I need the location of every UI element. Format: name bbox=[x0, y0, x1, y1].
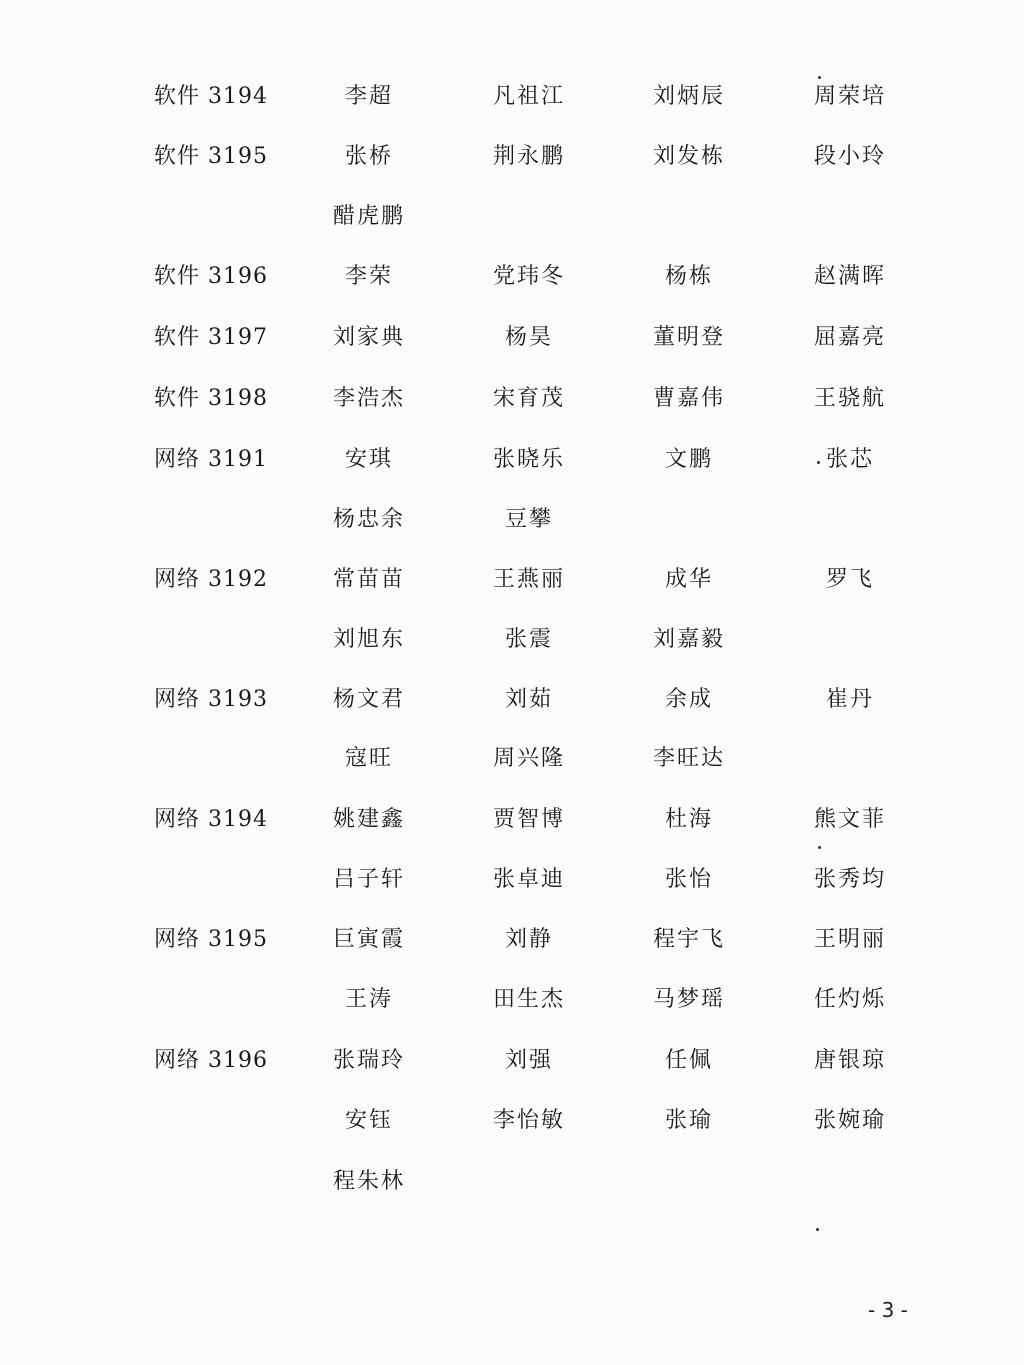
student-name: 任佩 bbox=[634, 1041, 744, 1081]
student-name: 刘强 bbox=[474, 1041, 584, 1081]
table-row: 软件 3196 李荣 党玮冬 杨栋 赵满晖 bbox=[0, 257, 1024, 297]
table-row: 网络 3194 姚建鑫 贾智博 杜海 熊文菲 bbox=[0, 800, 1024, 840]
scan-speck bbox=[818, 846, 821, 849]
student-name: 王涛 bbox=[314, 980, 424, 1020]
student-name: 杨文君 bbox=[314, 680, 424, 720]
class-label: 网络 3196 bbox=[154, 1041, 268, 1081]
class-label: 软件 3195 bbox=[154, 137, 268, 177]
table-row: 杨忠余 豆攀 bbox=[0, 500, 1024, 540]
student-name: 程宇飞 bbox=[634, 920, 744, 960]
student-name: 巨寅霞 bbox=[314, 920, 424, 960]
student-name: 杨昊 bbox=[474, 318, 584, 358]
student-name: 宋育茂 bbox=[474, 379, 584, 419]
student-name: 李浩杰 bbox=[314, 379, 424, 419]
student-name: 文鹏 bbox=[634, 440, 744, 480]
student-name: 张瑜 bbox=[634, 1101, 744, 1141]
table-row: 网络 3195 巨寅霞 刘静 程宇飞 王明丽 bbox=[0, 920, 1024, 960]
student-name: 杨忠余 bbox=[314, 500, 424, 540]
student-name: 李荣 bbox=[314, 257, 424, 297]
student-name: 李超 bbox=[314, 77, 424, 117]
class-label: 网络 3193 bbox=[154, 680, 268, 720]
student-name: 李旺达 bbox=[634, 739, 744, 779]
table-row: 网络 3191 安琪 张晓乐 文鹏 张芯 bbox=[0, 440, 1024, 480]
student-name: 马梦瑶 bbox=[634, 980, 744, 1020]
table-row: 王涛 田生杰 马梦瑶 任灼烁 bbox=[0, 980, 1024, 1020]
class-label: 网络 3192 bbox=[154, 560, 268, 600]
student-name: 张晓乐 bbox=[474, 440, 584, 480]
class-label: 网络 3195 bbox=[154, 920, 268, 960]
student-name: 任灼烁 bbox=[795, 980, 905, 1020]
class-label: 软件 3194 bbox=[154, 77, 268, 117]
student-name: 董明登 bbox=[634, 318, 744, 358]
student-name: 周荣培 bbox=[795, 77, 905, 117]
student-name: 王骁航 bbox=[795, 379, 905, 419]
student-name: 姚建鑫 bbox=[314, 800, 424, 840]
student-name: 屈嘉亮 bbox=[795, 318, 905, 358]
scan-speck bbox=[816, 1228, 819, 1231]
student-name: 吕子轩 bbox=[314, 860, 424, 900]
student-name: 刘炳辰 bbox=[634, 77, 744, 117]
student-name: 刘静 bbox=[474, 920, 584, 960]
student-name: 余成 bbox=[634, 680, 744, 720]
student-name: 成华 bbox=[634, 560, 744, 600]
table-row: 吕子轩 张卓迪 张怡 张秀均 bbox=[0, 860, 1024, 900]
student-name: 刘茹 bbox=[474, 680, 584, 720]
table-row: 软件 3194 李超 凡祖江 刘炳辰 周荣培 bbox=[0, 77, 1024, 117]
scan-speck bbox=[817, 461, 820, 464]
student-name: 曹嘉伟 bbox=[634, 379, 744, 419]
student-name: 崔丹 bbox=[795, 680, 905, 720]
student-name: 田生杰 bbox=[474, 980, 584, 1020]
student-name: 刘发栋 bbox=[634, 137, 744, 177]
student-name: 熊文菲 bbox=[795, 800, 905, 840]
student-name: 张婉瑜 bbox=[795, 1101, 905, 1141]
student-name: 李怡敏 bbox=[474, 1101, 584, 1141]
student-name: 刘旭东 bbox=[314, 620, 424, 660]
class-label: 网络 3194 bbox=[154, 800, 268, 840]
document-page: 软件 3194 李超 凡祖江 刘炳辰 周荣培 软件 3195 张桥 荆永鹏 刘发… bbox=[0, 0, 1024, 1365]
class-label: 软件 3197 bbox=[154, 318, 268, 358]
student-name: 寇旺 bbox=[314, 739, 424, 779]
student-name: 安琪 bbox=[314, 440, 424, 480]
student-name: 张怡 bbox=[634, 860, 744, 900]
student-name: 周兴隆 bbox=[474, 739, 584, 779]
table-row: 软件 3195 张桥 荆永鹏 刘发栋 段小玲 bbox=[0, 137, 1024, 177]
table-row: 程朱林 bbox=[0, 1162, 1024, 1202]
scan-speck bbox=[818, 76, 821, 79]
table-row: 醋虎鹏 bbox=[0, 197, 1024, 237]
student-name: 王明丽 bbox=[795, 920, 905, 960]
student-name: 唐银琼 bbox=[795, 1041, 905, 1081]
table-row: 软件 3197 刘家典 杨昊 董明登 屈嘉亮 bbox=[0, 318, 1024, 358]
student-name: 杨栋 bbox=[634, 257, 744, 297]
student-name: 党玮冬 bbox=[474, 257, 584, 297]
page-number: - 3 - bbox=[868, 1298, 908, 1322]
student-name: 常苗苗 bbox=[314, 560, 424, 600]
student-name: 刘家典 bbox=[314, 318, 424, 358]
student-name: 张秀均 bbox=[795, 860, 905, 900]
student-name: 醋虎鹏 bbox=[314, 197, 424, 237]
table-row: 网络 3196 张瑞玲 刘强 任佩 唐银琼 bbox=[0, 1041, 1024, 1081]
student-name: 刘嘉毅 bbox=[634, 620, 744, 660]
student-name: 安钰 bbox=[314, 1101, 424, 1141]
student-name: 程朱林 bbox=[314, 1162, 424, 1202]
student-name: 豆攀 bbox=[474, 500, 584, 540]
table-row: 刘旭东 张震 刘嘉毅 bbox=[0, 620, 1024, 660]
student-name: 荆永鹏 bbox=[474, 137, 584, 177]
class-label: 网络 3191 bbox=[154, 440, 268, 480]
table-row: 安钰 李怡敏 张瑜 张婉瑜 bbox=[0, 1101, 1024, 1141]
class-label: 软件 3198 bbox=[154, 379, 268, 419]
table-row: 软件 3198 李浩杰 宋育茂 曹嘉伟 王骁航 bbox=[0, 379, 1024, 419]
table-row: 网络 3192 常苗苗 王燕丽 成华 罗飞 bbox=[0, 560, 1024, 600]
student-name: 凡祖江 bbox=[474, 77, 584, 117]
student-name: 杜海 bbox=[634, 800, 744, 840]
student-name: 张瑞玲 bbox=[314, 1041, 424, 1081]
student-name: 张桥 bbox=[314, 137, 424, 177]
student-name: 张芯 bbox=[795, 440, 905, 480]
table-row: 寇旺 周兴隆 李旺达 bbox=[0, 739, 1024, 779]
student-name: 段小玲 bbox=[795, 137, 905, 177]
student-name: 王燕丽 bbox=[474, 560, 584, 600]
student-name: 赵满晖 bbox=[795, 257, 905, 297]
student-name: 罗飞 bbox=[795, 560, 905, 600]
class-label: 软件 3196 bbox=[154, 257, 268, 297]
student-name: 张卓迪 bbox=[474, 860, 584, 900]
student-name: 张震 bbox=[474, 620, 584, 660]
student-name: 贾智博 bbox=[474, 800, 584, 840]
table-row: 网络 3193 杨文君 刘茹 余成 崔丹 bbox=[0, 680, 1024, 720]
